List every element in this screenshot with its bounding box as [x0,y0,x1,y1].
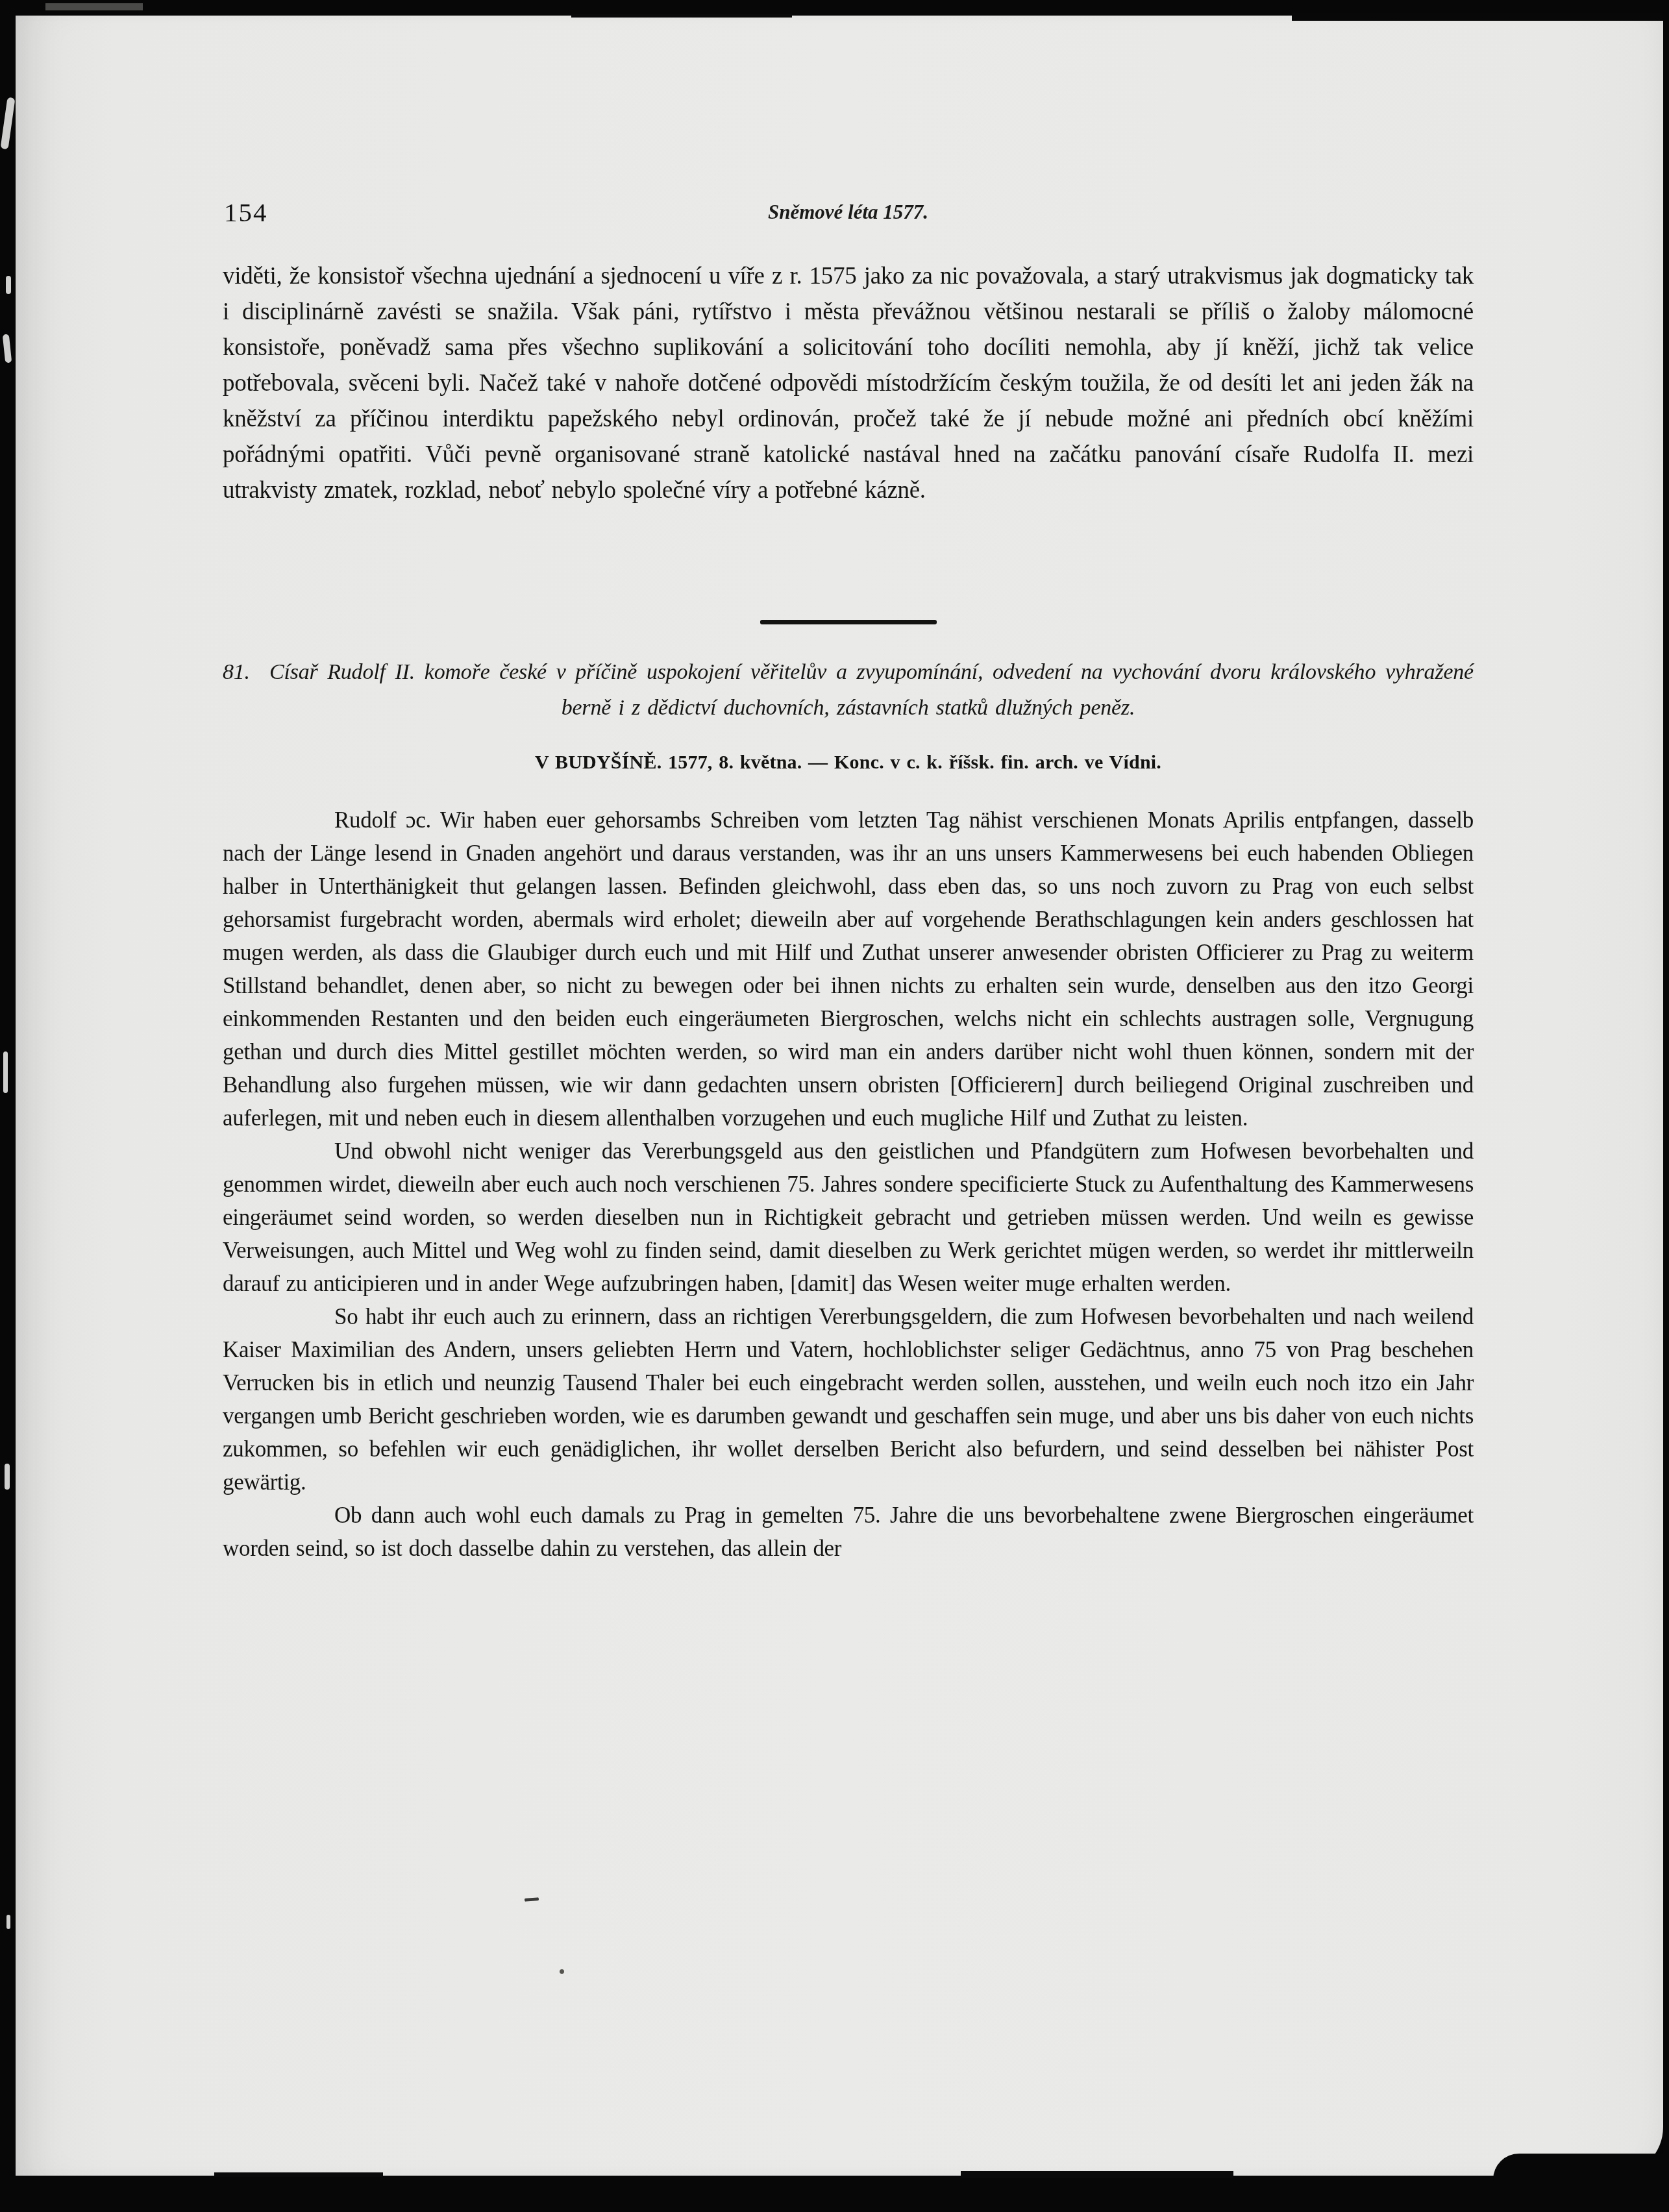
letter-body: Rudolf ɔc. Wir haben euer gehorsambs Sch… [223,804,1474,1565]
scan-speck [3,1051,8,1093]
scan-speck [5,1464,10,1490]
scan-edge-patch [45,3,143,10]
section-heading: 81.Císař Rudolf II. komoře české v příči… [223,654,1474,726]
section-divider-rule [760,620,937,624]
page-content: 154 Sněmové léta 1577. viděti, že konsis… [223,0,1474,2212]
page-header: 154 Sněmové léta 1577. [223,197,1474,229]
scan-edge-corner [1493,2154,1669,2180]
running-head: Sněmové léta 1577. [768,201,928,224]
letter-paragraph: So habt ihr euch auch zu erinnern, dass … [223,1300,1474,1499]
intro-paragraph: viděti, že konsistoř všechna ujednání a … [223,258,1474,508]
section-number: 81. [223,660,250,684]
letter-paragraph: Und obwohl nicht weniger das Vererbungsg… [223,1135,1474,1300]
letter-paragraph: Ob dann auch wohl euch damals zu Prag in… [223,1499,1474,1565]
letter-paragraph: Rudolf ɔc. Wir haben euer gehorsambs Sch… [223,804,1474,1135]
scan-speck [6,276,11,294]
page-number: 154 [224,197,268,228]
section-dateline: V BUDYŠÍNĚ. 1577, 8. května. — Konc. v c… [223,752,1474,774]
scan-edge-right [1663,0,1669,2212]
scan-edge-left [0,0,16,2212]
section-title: Císař Rudolf II. komoře české v příčině … [269,660,1474,720]
scan-speck [6,1915,10,1929]
scanned-book-page: 154 Sněmové léta 1577. viděti, že konsis… [0,0,1669,2212]
